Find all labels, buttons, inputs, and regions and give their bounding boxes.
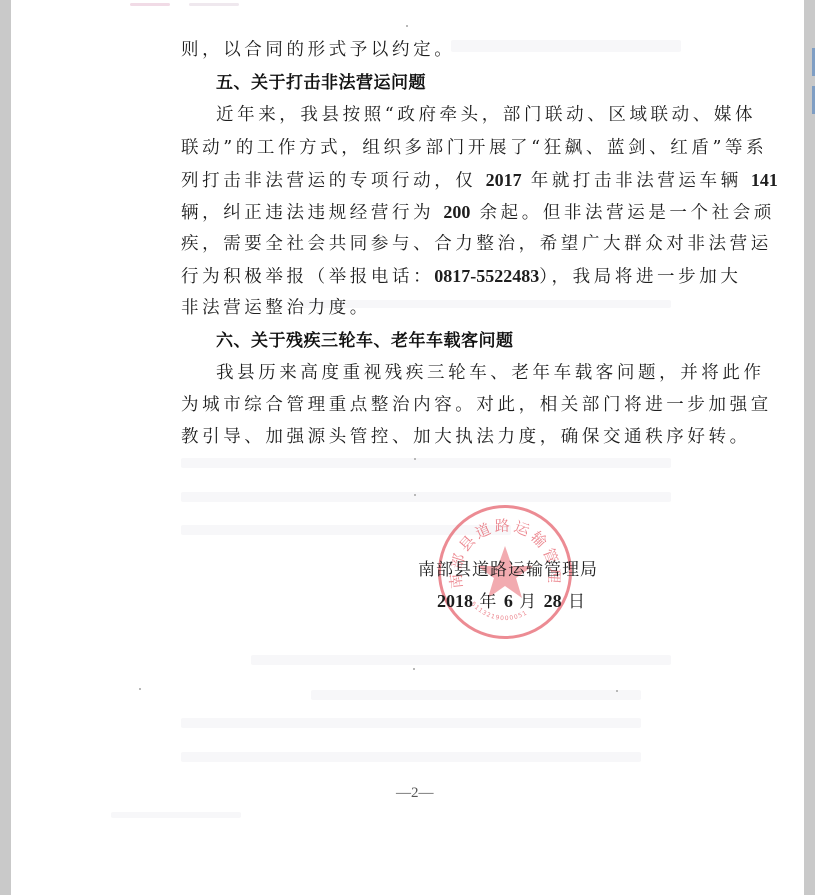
text-segment: 列打击非法营运的专项行动，仅 (181, 171, 486, 191)
paragraph-line: 教引导、加强源头管控、加大执法力度，确保交通秩序好转。 (181, 426, 671, 448)
date-year: 2018 (437, 591, 473, 611)
bleed-through-text (251, 655, 671, 665)
page-number: —2— (396, 785, 434, 802)
scan-speck (414, 494, 416, 496)
date-month: 6 (504, 591, 513, 611)
scan-speck (616, 690, 618, 692)
scan-artifact (189, 3, 239, 6)
scan-speck (413, 668, 415, 670)
date-month-unit: 月 (519, 592, 537, 612)
paragraph-line: 我县历来高度重视残疾三轮车、老年车载客问题，并将此作 (216, 362, 671, 384)
violation-count: 200 (443, 202, 470, 222)
date-day-unit: 日 (568, 592, 586, 612)
scan-speck (414, 458, 416, 460)
paragraph-line: 则，以合同的形式予以约定。 (181, 39, 671, 61)
date-day: 28 (544, 591, 562, 611)
scan-speck (139, 688, 141, 690)
vehicle-count: 141 (751, 170, 778, 190)
report-phone-number: 0817-5522483 (434, 266, 539, 286)
section-heading-five: 五、关于打击非法营运问题 (216, 72, 671, 94)
paragraph-line: 非法营运整治力度。 (181, 297, 671, 319)
paragraph-line: 疾，需要全社会共同参与、合力整治，希望广大群众对非法营运 (181, 233, 671, 255)
paragraph-line: 辆，纠正违法违规经营行为 200 余起。但非法营运是一个社会顽 (181, 201, 671, 224)
bleed-through-text (181, 752, 641, 762)
bleed-through-text (311, 690, 641, 700)
paragraph-line: 列打击非法营运的专项行动，仅 2017 年就打击非法营运车辆 141 (181, 169, 671, 192)
paragraph-line: 行为积极举报（举报电话：0817-5522483），我局将进一步加大 (181, 265, 671, 288)
year-number: 2017 (486, 170, 522, 190)
section-heading-six: 六、关于残疾三轮车、老年车载客问题 (216, 330, 671, 352)
text-segment: 余起。但非法营运是一个社会顽 (470, 203, 775, 223)
text-segment: 行为积极举报（举报电话： (181, 267, 434, 287)
paragraph-line: 近年来，我县按照“政府牵头，部门联动、区域联动、媒体 (216, 104, 671, 126)
scan-speck (406, 25, 408, 27)
text-segment: 年就打击非法营运车辆 (522, 171, 751, 191)
bleed-through-text (181, 458, 671, 468)
document-page: 则，以合同的形式予以约定。 五、关于打击非法营运问题 近年来，我县按照“政府牵头… (11, 0, 804, 895)
text-segment: 辆，纠正违法违规经营行为 (181, 203, 443, 223)
bleed-through-text (181, 718, 641, 728)
paragraph-line: 为城市综合管理重点整治内容。对此，相关部门将进一步加强宣 (181, 394, 671, 416)
scan-artifact (130, 3, 170, 6)
date-year-unit: 年 (479, 592, 497, 612)
bleed-through-text (181, 492, 671, 502)
bleed-through-text (111, 812, 241, 818)
signing-date: 2018 年 6 月 28 日 (437, 587, 586, 612)
text-segment: ），我局将进一步加大 (539, 267, 741, 287)
paragraph-line: 联动”的工作方式，组织多部门开展了“狂飙、蓝剑、红盾”等系 (181, 137, 671, 159)
signing-organization: 南部县道路运输管理局 (418, 555, 598, 580)
